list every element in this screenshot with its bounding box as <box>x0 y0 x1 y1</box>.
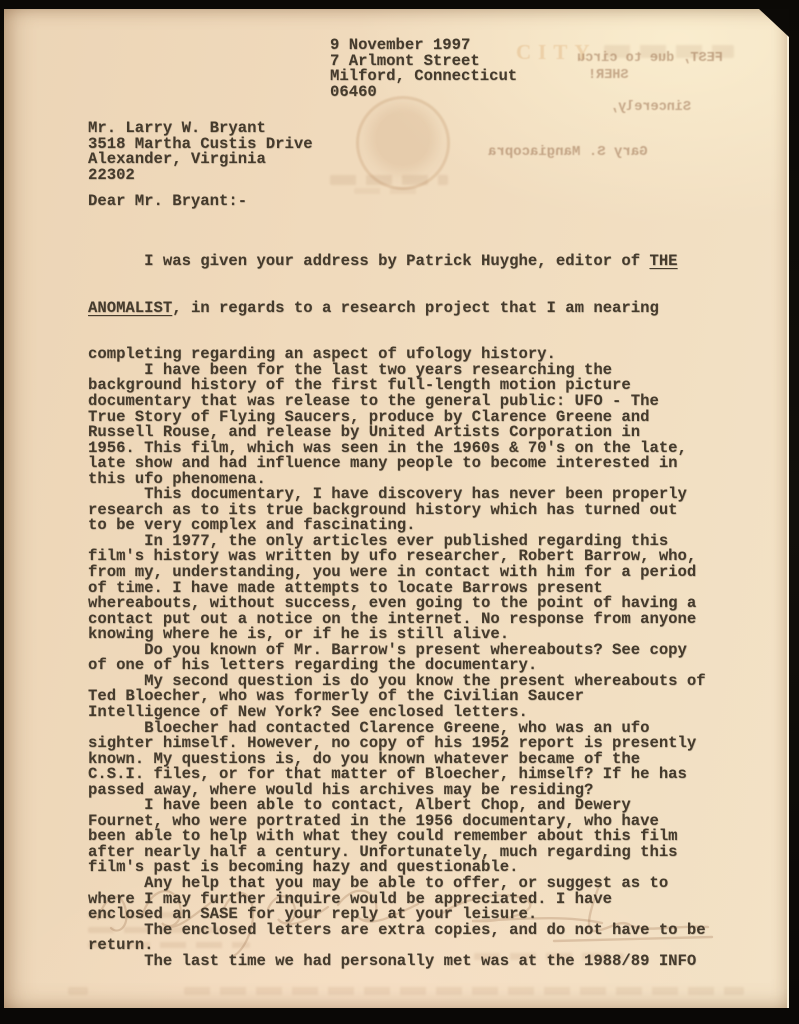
scan-corner-shadow <box>759 9 789 37</box>
embossed-seal-ghost <box>356 96 450 190</box>
underlined-title-part-1: THE <box>649 252 677 270</box>
body-line-1: I was given your address by Patrick Huyg… <box>88 254 706 270</box>
salutation: Dear Mr. Bryant:- <box>88 194 247 210</box>
ghost-footer-mark <box>68 987 88 995</box>
bleed-typed-line-1: FEST, due to circu <box>577 51 723 66</box>
underlined-title-part-2: ANOMALIST <box>88 299 172 317</box>
scanned-letter-photo: CITY FEST, due to circu SHER! Sincerely,… <box>0 0 799 1024</box>
letter-body-rest: completing regarding an aspect of ufolog… <box>88 347 706 969</box>
seal-caption-smudge <box>330 175 448 185</box>
seal-caption-smudge-2 <box>354 188 424 194</box>
body-line-1-text: I was given your address by Patrick Huyg… <box>88 252 649 270</box>
sender-address-block: 9 November 1997 7 Arlmont Street Milford… <box>330 38 517 100</box>
bleed-typed-line-2: SHER! <box>588 68 629 83</box>
body-line-2: ANOMALIST, in regards to a research proj… <box>88 301 706 317</box>
bleed-closing-text: Sincerely, <box>610 100 691 115</box>
recipient-address-block: Mr. Larry W. Bryant 3518 Martha Custis D… <box>88 121 313 183</box>
letter-page: CITY FEST, due to circu SHER! Sincerely,… <box>4 9 789 1008</box>
letter-body: I was given your address by Patrick Huyg… <box>88 223 706 1000</box>
body-line-2-text: , in regards to a research project that … <box>172 299 659 317</box>
letterhead-bleed-smudge <box>604 45 734 58</box>
bleed-signature-name: Gary S. Mangiacopra <box>488 144 648 160</box>
letterhead-bleed-text: CITY <box>516 40 597 65</box>
